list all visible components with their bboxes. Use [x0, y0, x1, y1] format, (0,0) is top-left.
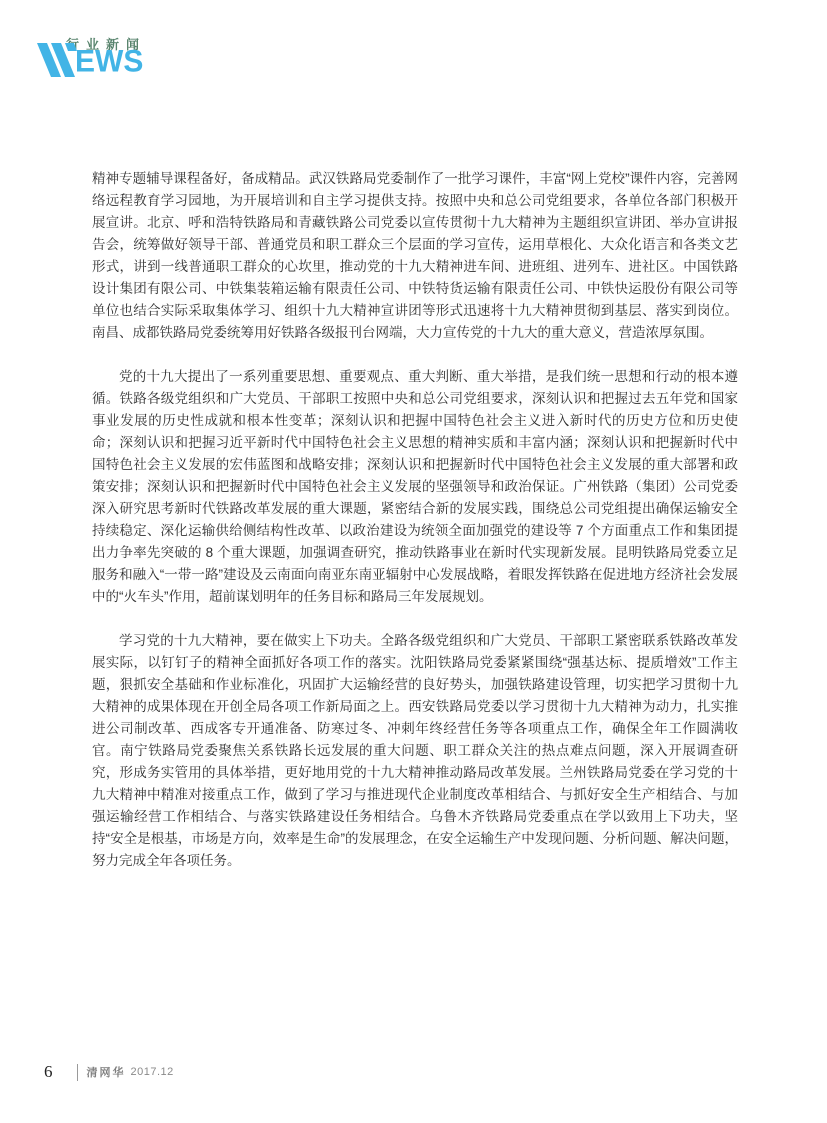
issue-date: 2017.12 [131, 1066, 174, 1078]
article-paragraph: 学习党的十九大精神，要在做实上下功夫。全路各级党组织和广大党员、干部职工紧密联系… [92, 630, 738, 872]
news-wordmark: EWS [36, 43, 143, 77]
article-paragraph: 精神专题辅导课程备好，备成精品。武汉铁路局党委制作了一批学习课件，丰富“网上党校… [92, 168, 738, 344]
page-number: 6 [44, 1062, 53, 1082]
footer-divider [77, 1064, 78, 1081]
section-logo: 行业新闻 EWS [36, 30, 166, 90]
stylized-n-icon [36, 43, 78, 77]
page-footer: 6 清网华 2017.12 [44, 1060, 174, 1084]
magazine-brand: 清网华 [87, 1064, 126, 1080]
article-body: 精神专题辅导课程备好，备成精品。武汉铁路局党委制作了一批学习课件，丰富“网上党校… [92, 168, 738, 894]
news-wordmark-letters: EWS [75, 46, 143, 78]
article-paragraph: 党的十九大提出了一系列重要思想、重要观点、重大判断、重大举措，是我们统一思想和行… [92, 366, 738, 608]
